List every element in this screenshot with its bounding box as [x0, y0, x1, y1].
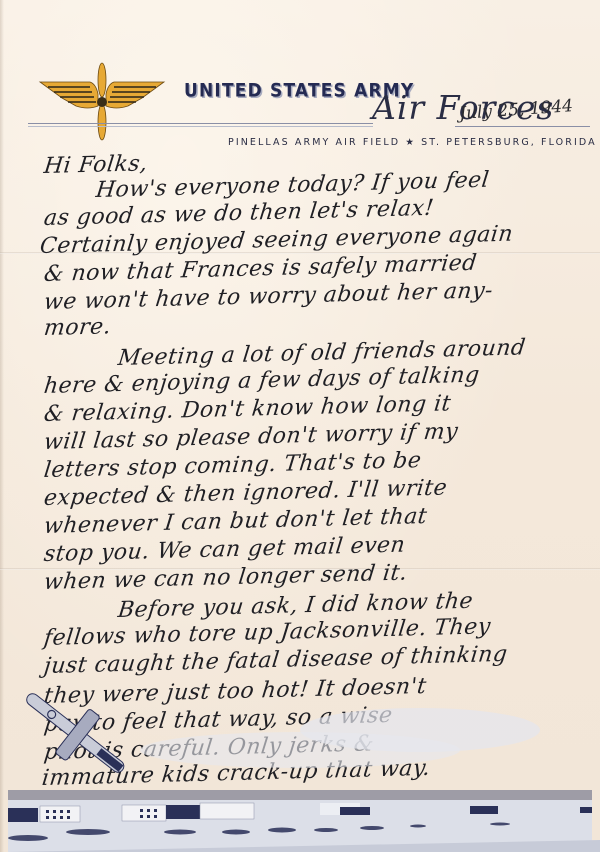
letter-page: UNITED STATES ARMY Air Forces July 25, 1…	[0, 0, 600, 852]
letterhead-rule-left	[28, 123, 373, 124]
letter-line: more.	[43, 314, 113, 341]
airfield-illustration	[0, 690, 600, 852]
letterhead-rule-right	[455, 126, 590, 127]
letterhead-rule-left-2	[28, 126, 373, 127]
salutation: Hi Folks,	[43, 151, 149, 179]
location-line: PINELLAS ARMY AIR FIELD ★ ST. PETERSBURG…	[228, 137, 597, 148]
diving-airplane-icon	[11, 690, 140, 792]
letter-line: when we can no longer send it.	[43, 560, 409, 595]
army-air-forces-wings-propeller-icon	[38, 62, 166, 142]
